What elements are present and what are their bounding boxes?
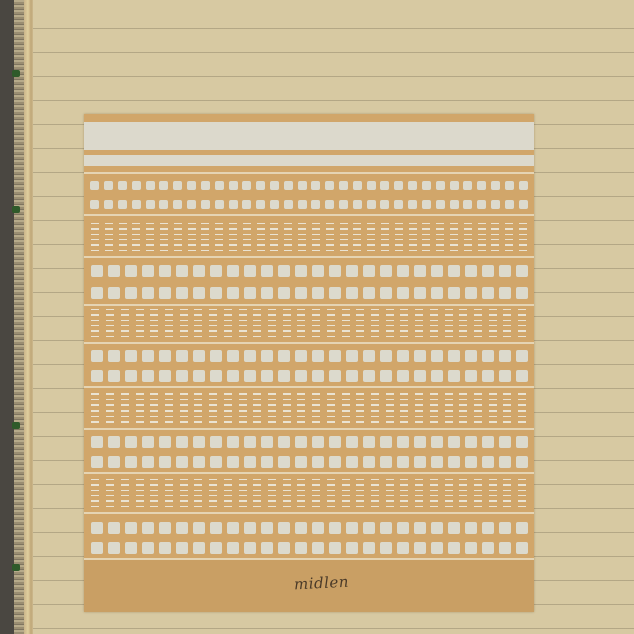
green-stitch xyxy=(12,70,20,77)
dashes-band xyxy=(84,477,534,509)
dashes-band xyxy=(84,221,534,253)
squares-band xyxy=(84,176,534,214)
handwritten-label: midlen xyxy=(294,573,350,594)
white-stripe-narrow xyxy=(84,155,534,166)
squares-band xyxy=(84,260,534,304)
green-stitch xyxy=(12,422,20,429)
green-stitch xyxy=(12,564,20,571)
textile-sample: midlen xyxy=(84,114,534,612)
dashes-band xyxy=(84,391,534,425)
squares-band xyxy=(84,518,534,558)
dark-background xyxy=(0,0,15,634)
white-stripe-wide xyxy=(84,122,534,150)
ledger-photo: midlen xyxy=(0,0,634,634)
squares-band xyxy=(84,346,534,386)
dashes-band xyxy=(84,307,534,339)
green-stitch xyxy=(12,206,20,213)
squares-band xyxy=(84,432,534,472)
